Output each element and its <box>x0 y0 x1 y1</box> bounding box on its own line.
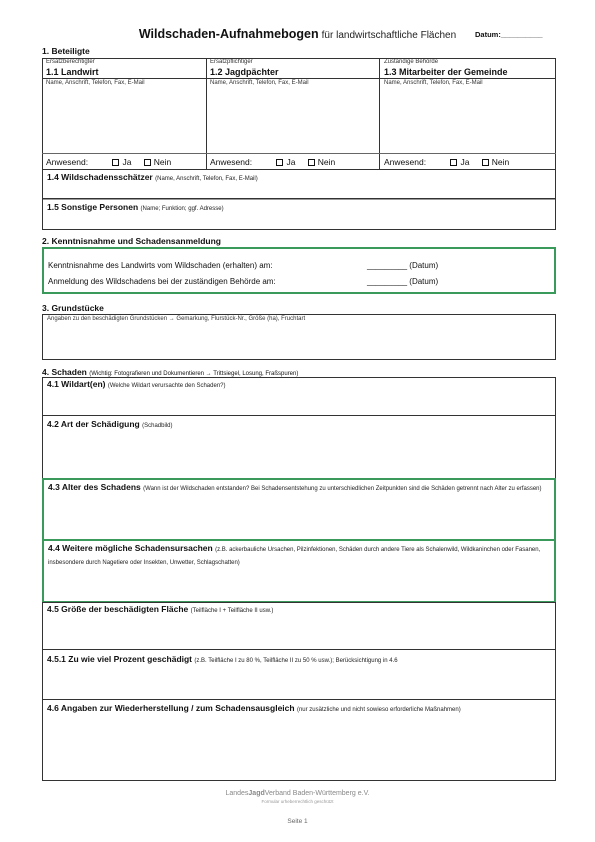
checkbox-icon <box>308 159 315 166</box>
wiederherstellung-label: 4.6 Angaben zur Wiederherstellung / zum … <box>47 703 547 716</box>
present-row-landwirt: Anwesend: Ja Nein <box>46 157 171 167</box>
present-row-gemeinde: Anwesend: Ja Nein <box>384 157 509 167</box>
landwirt-contact-field[interactable] <box>43 88 205 152</box>
section2-heading: 2. Kenntnisnahme und Schadensanmeldung <box>42 236 221 246</box>
checkbox-icon <box>276 159 283 166</box>
checkbox-ja[interactable]: Ja <box>450 157 469 167</box>
kenntnisnahme-label: Kenntnisnahme des Landwirts vom Wildscha… <box>48 261 273 270</box>
checkbox-icon <box>482 159 489 166</box>
footer-organization: LandesJagdVerband Baden-Württemberg e.V. <box>0 790 595 797</box>
present-row-jagdpaechter: Anwesend: Ja Nein <box>210 157 335 167</box>
checkbox-ja[interactable]: Ja <box>276 157 295 167</box>
checkbox-nein[interactable]: Nein <box>308 157 335 167</box>
anmeldung-label: Anmeldung des Wildschadens bei der zustä… <box>48 277 276 286</box>
divider <box>42 153 556 154</box>
checkbox-nein[interactable]: Nein <box>482 157 509 167</box>
page-number: Seite 1 <box>0 818 595 825</box>
wildart-label: 4.1 Wildart(en) (Welche Wildart verursac… <box>47 379 226 389</box>
present-label: Anwesend: <box>210 157 252 167</box>
checkbox-icon <box>450 159 457 166</box>
checkbox-ja[interactable]: Ja <box>112 157 131 167</box>
prozent-geschaedigt-label: 4.5.1 Zu wie viel Prozent geschädigt (z.… <box>47 654 398 664</box>
checkbox-icon <box>112 159 119 166</box>
contact-hint: Name, Anschrift, Telefon, Fax, E-Mail <box>210 80 309 86</box>
wildschadensschaetzer-field[interactable] <box>43 182 555 198</box>
present-label: Anwesend: <box>384 157 426 167</box>
art-der-schaedigung-label: 4.2 Art der Schädigung (Schadbild) <box>47 419 172 429</box>
sonstige-personen-field[interactable] <box>42 199 556 230</box>
kenntnisnahme-box <box>42 247 556 294</box>
grundstuecke-hint: Angaben zu den beschädigten Grundstücken… <box>47 316 305 322</box>
role-label: Ersatzberechtigter <box>46 59 95 65</box>
checkbox-icon <box>144 159 151 166</box>
footer-copyright: Formular urheberrechtlich geschützt <box>0 799 595 804</box>
jagdpaechter-contact-field[interactable] <box>207 88 378 152</box>
gemeinde-contact-field[interactable] <box>380 88 555 152</box>
datum-field[interactable]: Datum:__________ <box>475 30 543 39</box>
section3-heading: 3. Grundstücke <box>42 303 104 313</box>
wildschadensschaetzer-label: 1.4 Wildschadensschätzer (Name, Anschrif… <box>47 172 258 182</box>
contact-hint: Name, Anschrift, Telefon, Fax, E-Mail <box>384 80 483 86</box>
anmeldung-date-field[interactable]: _________ (Datum) <box>367 277 438 286</box>
section1-heading: 1. Beteiligte <box>42 46 90 56</box>
title-main: Wildschaden-Aufnahmebogen <box>139 27 319 41</box>
role-label: Ersatzpflichtiger <box>210 59 253 65</box>
present-label: Anwesend: <box>46 157 88 167</box>
weitere-ursachen-label: 4.4 Weitere mögliche Schadensursachen (z… <box>48 543 548 569</box>
checkbox-nein[interactable]: Nein <box>144 157 171 167</box>
divider <box>42 78 556 79</box>
role-label: Zuständige Behörde <box>384 59 438 65</box>
title-sub: für landwirtschaftliche Flächen <box>322 30 457 41</box>
flaechengroesse-label: 4.5 Größe der beschädigten Fläche (Teilf… <box>47 604 273 614</box>
kenntnisnahme-date-field[interactable]: _________ (Datum) <box>367 261 438 270</box>
landwirt-title: 1.1 Landwirt <box>46 67 99 77</box>
divider <box>42 169 556 170</box>
gemeinde-title: 1.3 Mitarbeiter der Gemeinde <box>384 67 508 77</box>
alter-des-schadens-label: 4.3 Alter des Schadens (Wann ist der Wil… <box>48 482 548 495</box>
contact-hint: Name, Anschrift, Telefon, Fax, E-Mail <box>46 80 145 86</box>
section4-heading: 4. Schaden (Wichtig: Fotografieren und D… <box>42 367 298 377</box>
jagdpaechter-title: 1.2 Jagdpächter <box>210 67 279 77</box>
